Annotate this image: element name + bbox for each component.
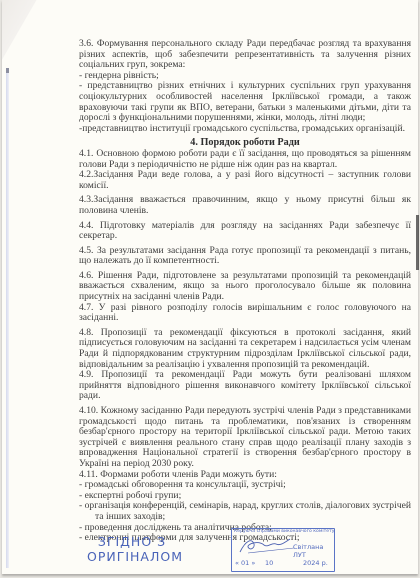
- certification-stamp: Керуюча справами виконавчого комітету Св…: [231, 528, 335, 572]
- list-item: - організація конференцій, семінарів, на…: [79, 501, 411, 522]
- clause-4-2: 4.2.Засідання Ради веде голова, а у разі…: [79, 170, 411, 191]
- certification-title: Керуюча справами виконавчого комітету: [232, 529, 334, 535]
- scan-edge-mark: [416, 215, 419, 270]
- document-page: 3.6. Формування персонального складу Рад…: [2, 0, 418, 574]
- stamp-line: ОРИГІНАЛОМ: [87, 549, 177, 564]
- page-fold-corner: [2, 0, 42, 62]
- clause-4-8: 4.8. Пропозиції та рекомендації фіксують…: [79, 328, 411, 370]
- clause-4-6: 4.6. Рішення Ради, підготовлене за резул…: [79, 271, 411, 303]
- clause-4-3: 4.3.Засідання вважається правочинним, як…: [79, 195, 411, 216]
- clause-4-10: 4.10. Кожному засіданню Ради передують з…: [79, 406, 411, 470]
- section-3-6-intro: 3.6. Формування персонального складу Рад…: [79, 39, 411, 71]
- clause-4-9: 4.9. Пропозиції та рекомендації Ради мож…: [79, 370, 411, 402]
- list-item: - представництво різних етнічних і культ…: [79, 81, 411, 123]
- stamp-line: ЗГІДНО З: [87, 534, 177, 549]
- clause-4-4: 4.4. Підготовку матеріалів для розгляду …: [79, 221, 411, 242]
- date-month: 10: [265, 559, 273, 567]
- document-body: 3.6. Формування персонального складу Рад…: [79, 39, 411, 544]
- date-day: « 01 »: [235, 559, 255, 567]
- clause-4-1: 4.1. Основною формою роботи ради є її за…: [79, 149, 411, 170]
- scan-mark: [6, 68, 9, 73]
- clause-4-7: 4.7. У разі рівного розподілу голосів ви…: [79, 303, 411, 324]
- clause-4-5: 4.5. За результатами засідання Рада готу…: [79, 246, 411, 267]
- copy-conformity-stamp: ЗГІДНО З ОРИГІНАЛОМ: [87, 534, 177, 564]
- list-item: -представництво інституції громадського …: [79, 124, 411, 135]
- signature-icon: [238, 536, 296, 556]
- date-year: 2024 р.: [303, 559, 328, 567]
- signatory-name: Світлана ЛУТ: [293, 543, 334, 559]
- scan-edge-shadow: [6, 68, 9, 568]
